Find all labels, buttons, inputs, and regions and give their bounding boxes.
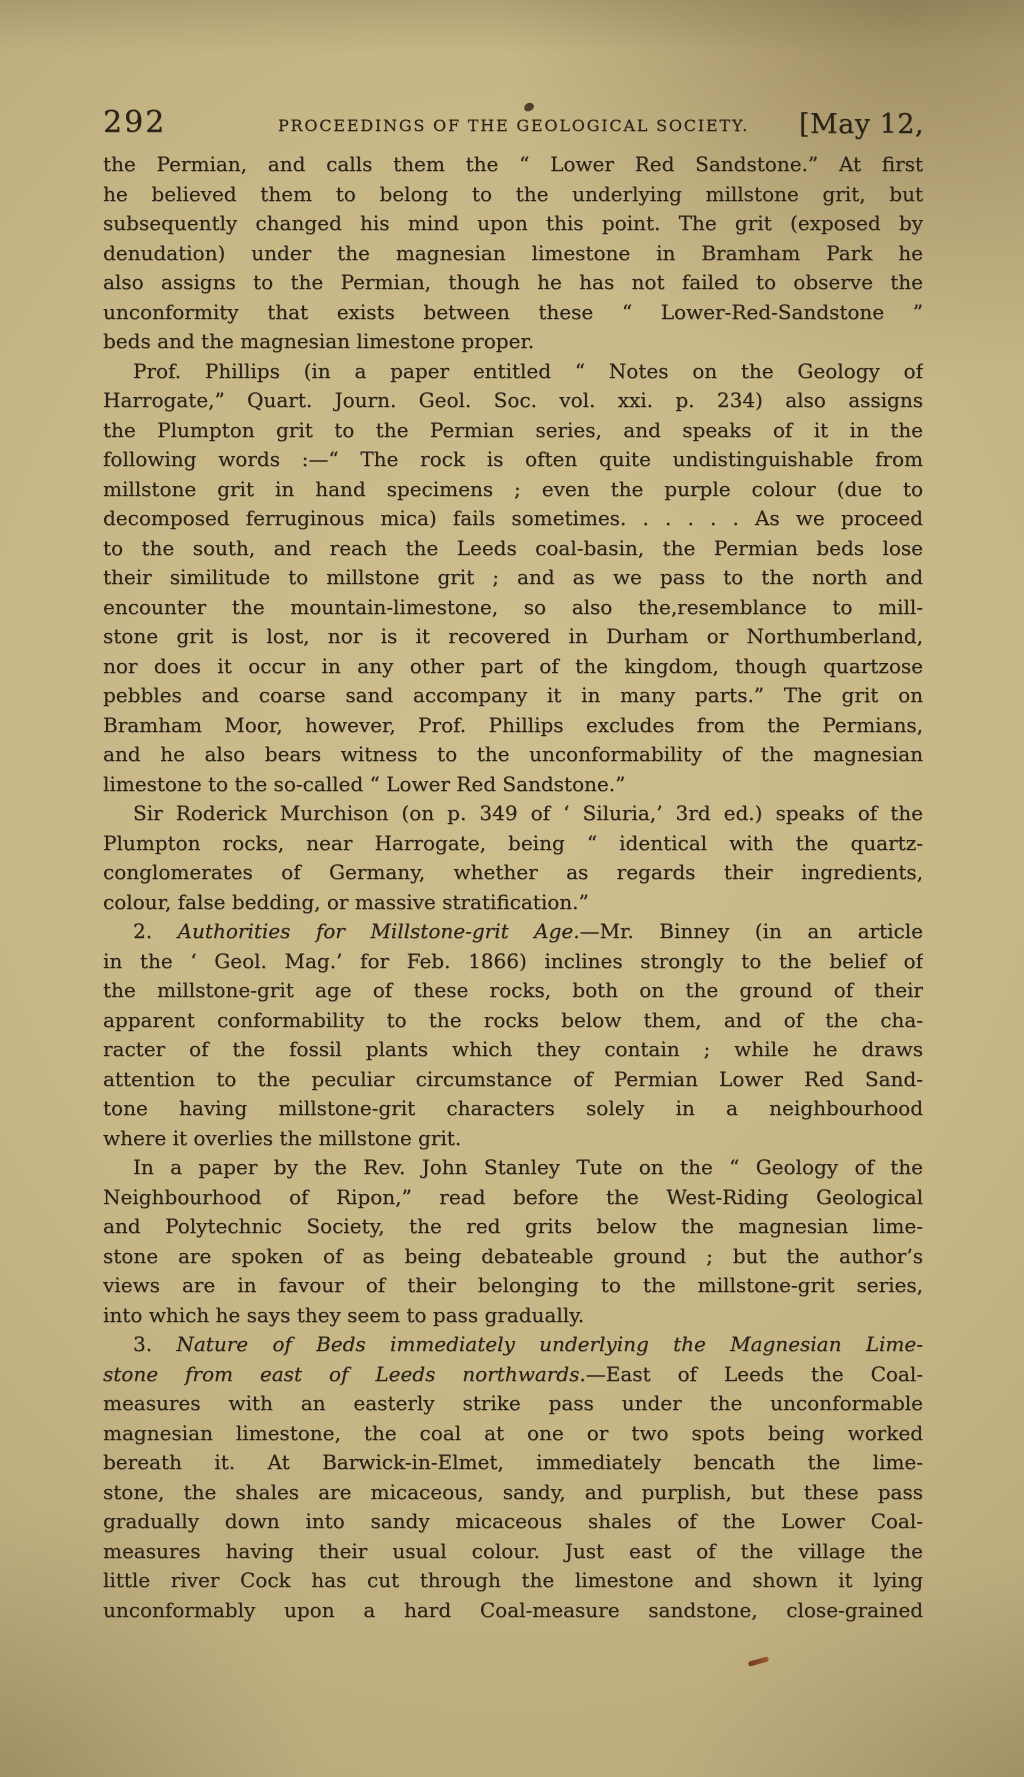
text-line: following words :—“ The rock is often qu… [103,445,923,475]
text-line: 2. Authorities for Millstone-grit Age.—M… [103,917,923,947]
text-line: Plumpton rocks, near Harrogate, being “ … [103,829,923,859]
text-line: subsequently changed his mind upon this … [103,209,923,239]
text-line: colour, false bedding, or massive strati… [103,888,923,918]
paragraph: Sir Roderick Murchison (on p. 349 of ‘ S… [103,799,923,917]
text-line: magnesian limestone, the coal at one or … [103,1419,923,1449]
text-line: unconformably upon a hard Coal-measure s… [103,1596,923,1626]
text-line: gradually down into sandy micaceous shal… [103,1507,923,1537]
text-line: views are in favour of their belonging t… [103,1271,923,1301]
page-header: 292 PROCEEDINGS OF THE GEOLOGICAL SOCIET… [103,101,924,141]
text-line: limestone to the so-called “ Lower Red S… [103,770,923,800]
text-line: apparent conformability to the rocks bel… [103,1006,923,1036]
text-line: stone from east of Leeds northwards.—Eas… [103,1360,923,1390]
text-line: little river Cock has cut through the li… [103,1566,923,1596]
text-line: stone are spoken of as being debateable … [103,1242,923,1272]
text-line: nor does it occur in any other part of t… [103,652,923,682]
issue-date: [May 12, [799,109,924,140]
text-line: into which he says they seem to pass gra… [103,1301,923,1331]
text-line: stone grit is lost, nor is it recovered … [103,622,923,652]
text-line: to the south, and reach the Leeds coal-b… [103,534,923,564]
text-line: measures having their usual colour. Just… [103,1537,923,1567]
stain-mark-artifact [748,1656,770,1667]
text-line: decomposed ferruginous mica) fails somet… [103,504,923,534]
text-line: 3. Nature of Beds immediately underlying… [103,1330,923,1360]
text-line: the millstone-grit age of these rocks, b… [103,976,923,1006]
text-line: the Permian, and calls them the “ Lower … [103,150,923,180]
text-line: denudation) under the magnesian limeston… [103,239,923,269]
paragraph: 3. Nature of Beds immediately underlying… [103,1330,923,1625]
text-line: pebbles and coarse sand accompany it in … [103,681,923,711]
text-line: their similitude to millstone grit ; and… [103,563,923,593]
text-line: and Polytechnic Society, the red grits b… [103,1212,923,1242]
text-line: conglomerates of Germany, whether as reg… [103,858,923,888]
paragraph: In a paper by the Rev. John Stanley Tute… [103,1153,923,1330]
page-number: 292 [103,105,166,140]
page-body: the Permian, and calls them the “ Lower … [103,150,923,1625]
text-line: where it overlies the millstone grit. [103,1124,923,1154]
text-line: unconformity that exists between these “… [103,298,923,328]
text-line: in the ‘ Geol. Mag.’ for Feb. 1866) incl… [103,947,923,977]
text-line: the Plumpton grit to the Permian series,… [103,416,923,446]
text-line: Neighbourhood of Ripon,” read before the… [103,1183,923,1213]
text-line: In a paper by the Rev. John Stanley Tute… [103,1153,923,1183]
paragraph: 2. Authorities for Millstone-grit Age.—M… [103,917,923,1153]
running-title: PROCEEDINGS OF THE GEOLOGICAL SOCIETY. [278,116,749,135]
text-line: beds and the magnesian limestone proper. [103,327,923,357]
text-line: bereath it. At Barwick-in-Elmet, immedia… [103,1448,923,1478]
text-line: Sir Roderick Murchison (on p. 349 of ‘ S… [103,799,923,829]
text-line: Prof. Phillips (in a paper entitled “ No… [103,357,923,387]
text-line: attention to the peculiar circumstance o… [103,1065,923,1095]
text-line: Harrogate,” Quart. Journ. Geol. Soc. vol… [103,386,923,416]
text-line: tone having millstone-grit characters so… [103,1094,923,1124]
text-line: stone, the shales are micaceous, sandy, … [103,1478,923,1508]
paragraph: Prof. Phillips (in a paper entitled “ No… [103,357,923,800]
text-line: racter of the fossil plants which they c… [103,1035,923,1065]
text-line: measures with an easterly strike pass un… [103,1389,923,1419]
scanned-book-page: 292 PROCEEDINGS OF THE GEOLOGICAL SOCIET… [0,0,1024,1777]
text-line: and he also bears witness to the unconfo… [103,740,923,770]
text-line: he believed them to belong to the underl… [103,180,923,210]
text-line: also assigns to the Permian, though he h… [103,268,923,298]
paragraph: the Permian, and calls them the “ Lower … [103,150,923,357]
text-line: Bramham Moor, however, Prof. Phillips ex… [103,711,923,741]
text-line: encounter the mountain-limestone, so als… [103,593,923,623]
text-line: millstone grit in hand specimens ; even … [103,475,923,505]
